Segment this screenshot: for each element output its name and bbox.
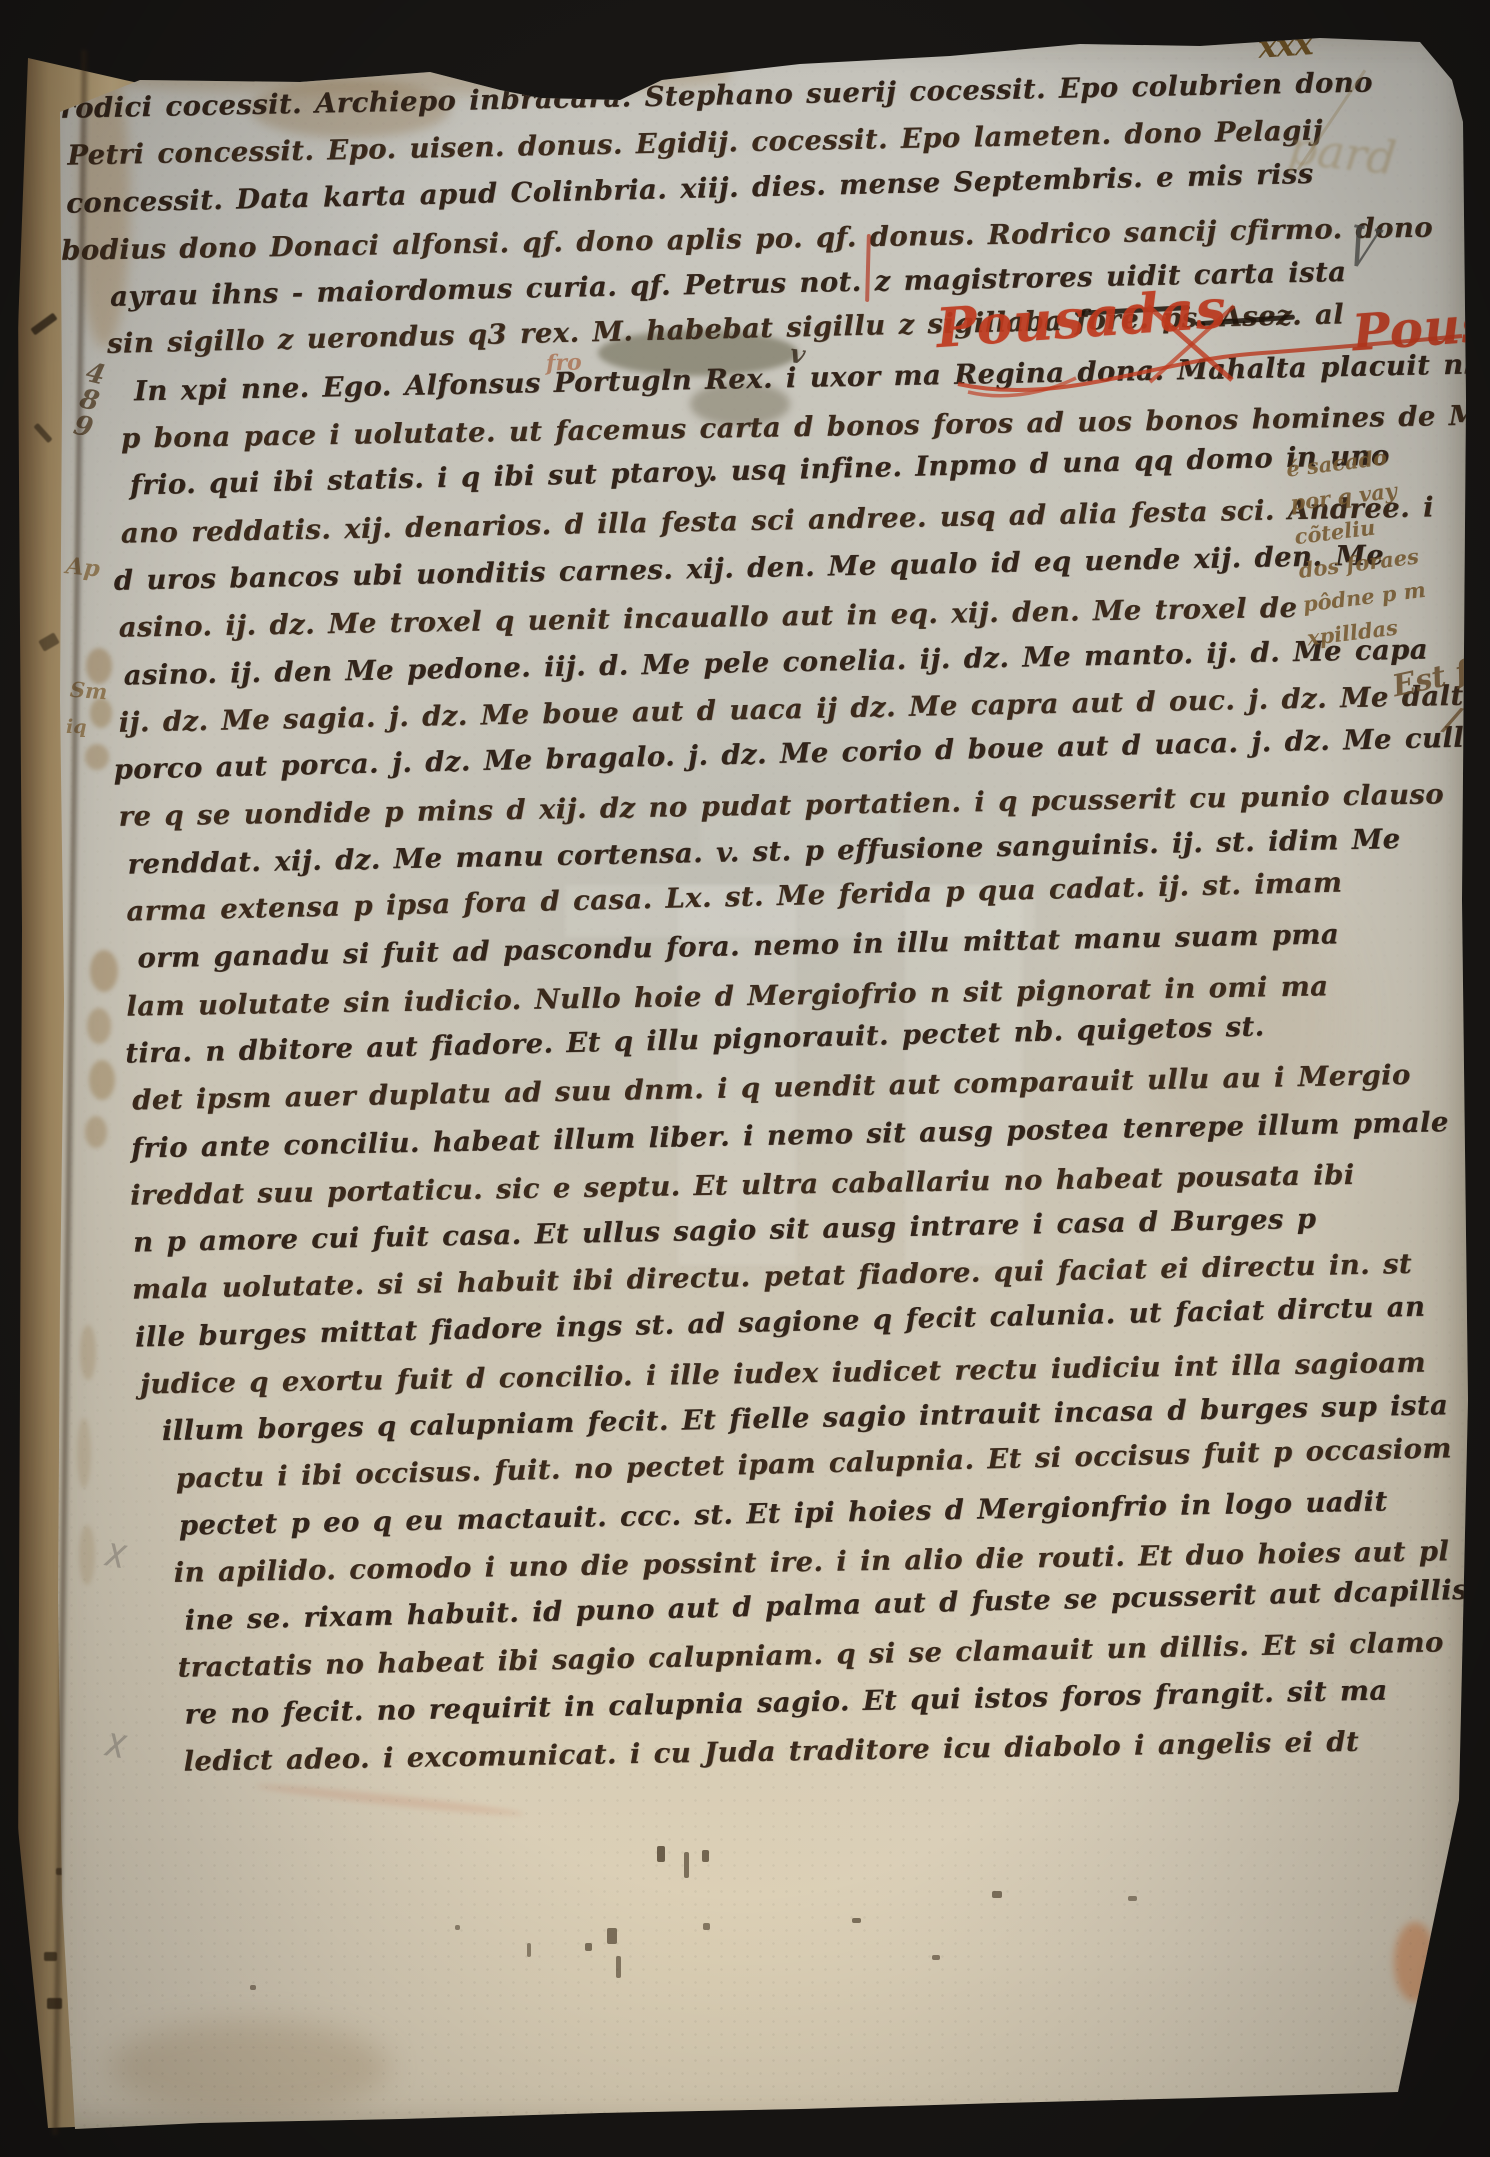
- margin-x-mark: x: [102, 1527, 130, 1579]
- margin-notes-right: é sacadopor q vaycõteliudos foraespôdne …: [1284, 429, 1490, 656]
- margin-x-mark: x: [102, 1717, 130, 1769]
- manuscript-photo: rodici cocessit. Archiepo inbracara. Ste…: [0, 0, 1490, 2157]
- bottom-left-stain: [110, 2020, 390, 2115]
- folio-number: xxx: [1257, 24, 1314, 66]
- manuscript-text: rodici cocessit. Archiepo inbracara. Ste…: [100, 64, 1490, 1794]
- pen-mark: [30, 313, 57, 336]
- interlinear-note: fro: [546, 349, 583, 376]
- orange-edge-smudge: [1394, 1922, 1436, 2002]
- pen-mark: [33, 423, 52, 443]
- parchment-page: rodici cocessit. Archiepo inbracara. Ste…: [0, 0, 1490, 2157]
- sewing-mark: [38, 632, 60, 651]
- ghost-offset-text: pard: [1285, 120, 1398, 185]
- margin-note-a: Ap: [65, 552, 102, 582]
